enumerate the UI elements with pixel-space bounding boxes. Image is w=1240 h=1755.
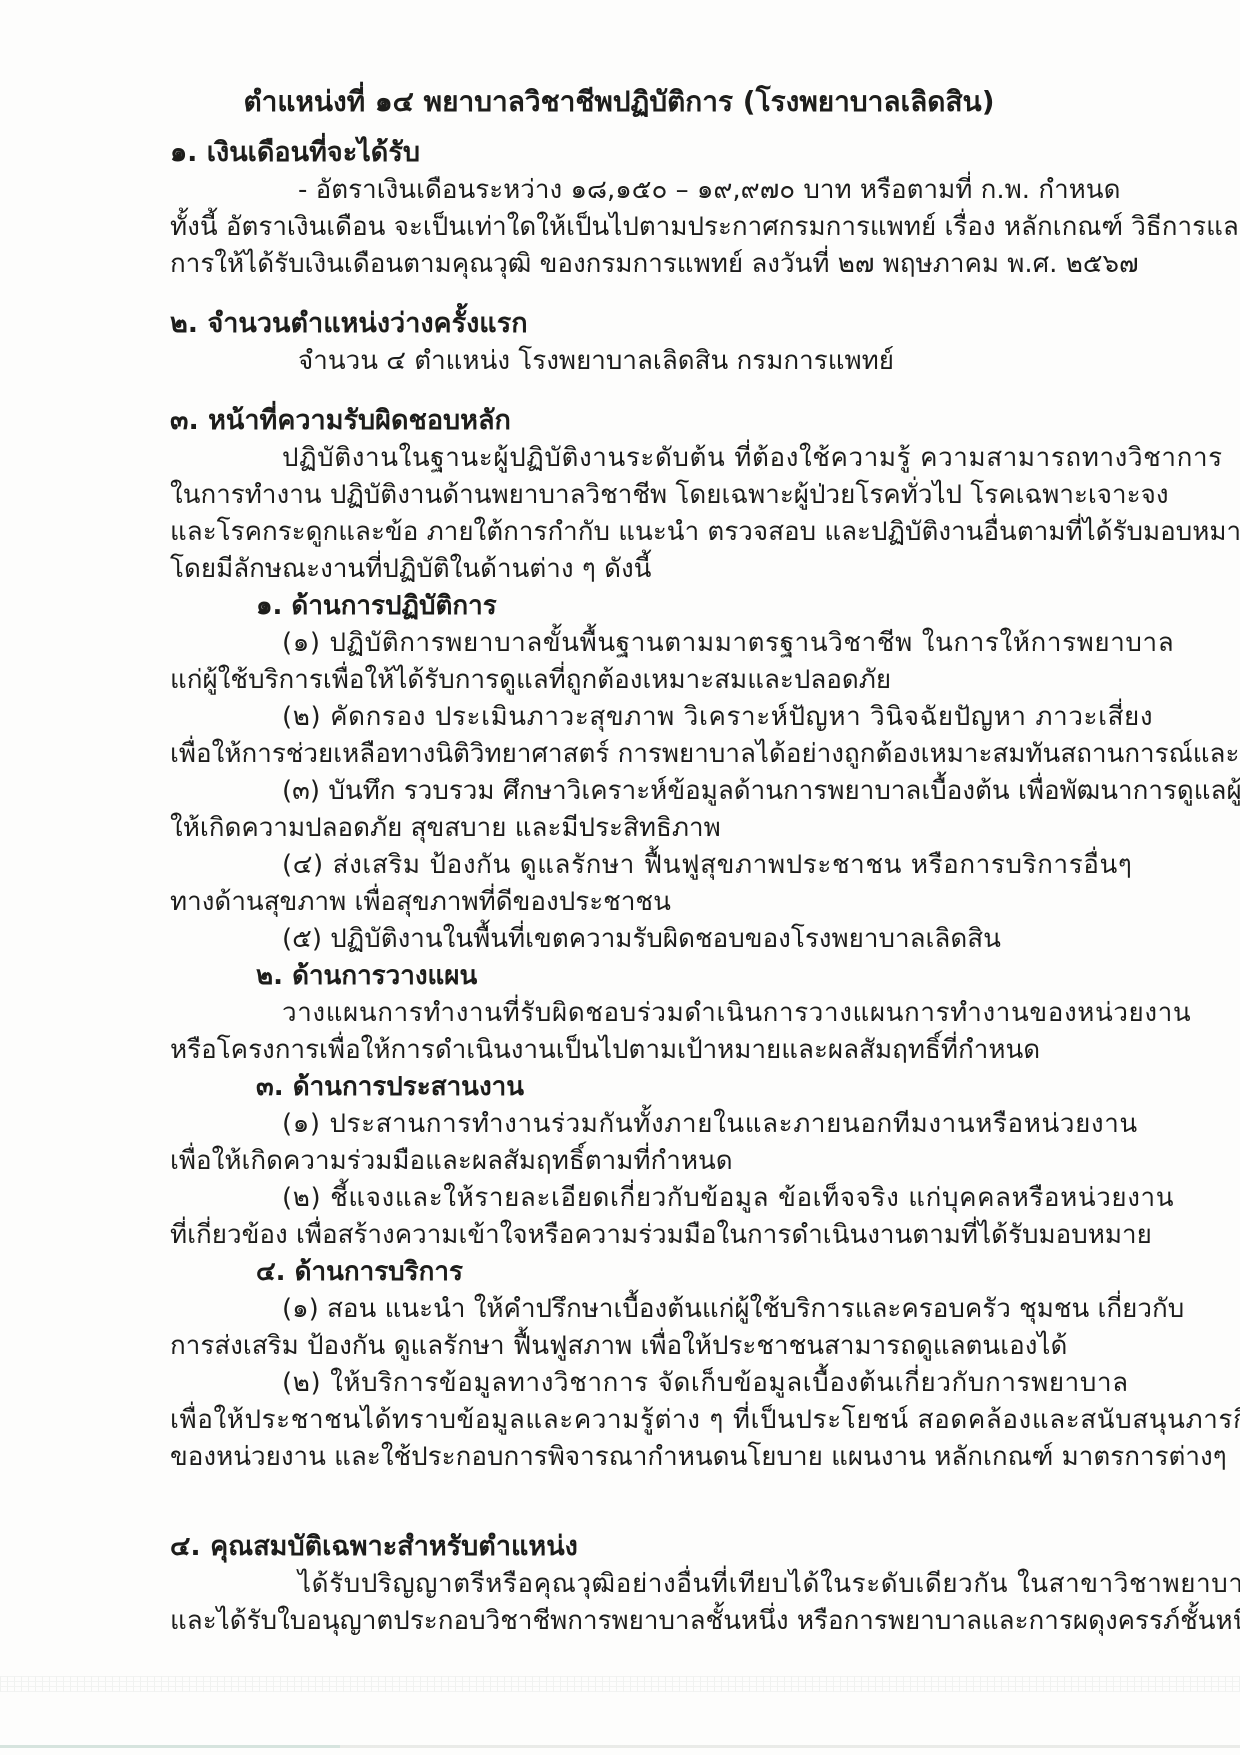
text-line: (๒) คัดกรอง ประเมินภาวะสุขภาพ วิเคราะห์ป… xyxy=(170,699,1128,736)
text-line: (๑) ปฏิบัติการพยาบาลขั้นพื้นฐานตามมาตรฐา… xyxy=(170,625,1128,662)
text-line: ที่เกี่ยวข้อง เพื่อสร้างความเข้าใจหรือคว… xyxy=(170,1217,1128,1254)
text-line: เพื่อให้ประชาชนได้ทราบข้อมูลและความรู้ต่… xyxy=(170,1402,1128,1439)
text-line: แก่ผู้ใช้บริการเพื่อให้ได้รับการดูแลที่ถ… xyxy=(170,662,1128,699)
section-salary: ๑. เงินเดือนที่จะได้รับ - อัตราเงินเดือน… xyxy=(170,134,1128,283)
text-line: และได้รับใบอนุญาตประกอบวิชาชีพการพยาบาลช… xyxy=(170,1603,1128,1640)
text-line: (๕) ปฏิบัติงานในพื้นที่เขตความรับผิดชอบข… xyxy=(170,921,1128,958)
section-qualifications-heading: ๔. คุณสมบัติเฉพาะสำหรับตำแหน่ง xyxy=(170,1528,1128,1566)
text-line: (๒) ให้บริการข้อมูลทางวิชาการ จัดเก็บข้อ… xyxy=(170,1365,1128,1402)
text-line: - อัตราเงินเดือนระหว่าง ๑๘,๑๕๐ – ๑๙,๙๗๐ … xyxy=(170,172,1128,209)
text-line: การส่งเสริม ป้องกัน ดูแลรักษา ฟื้นฟูสภาพ… xyxy=(170,1328,1128,1365)
subsection-planning-heading: ๒. ด้านการวางแผน xyxy=(170,958,1128,995)
section-qualifications: ๔. คุณสมบัติเฉพาะสำหรับตำแหน่ง ได้รับปริ… xyxy=(170,1528,1128,1640)
section-responsibilities: ๓. หน้าที่ความรับผิดชอบหลัก ปฏิบัติงานใน… xyxy=(170,402,1128,1476)
text-line: (๑) สอน แนะนำ ให้คำปรึกษาเบื้องต้นแก่ผู้… xyxy=(170,1291,1128,1328)
text-line: ทั้งนี้ อัตราเงินเดือน จะเป็นเท่าใดให้เป… xyxy=(170,209,1128,246)
subsection-service-heading: ๔. ด้านการบริการ xyxy=(170,1254,1128,1291)
text-line: (๔) ส่งเสริม ป้องกัน ดูแลรักษา ฟื้นฟูสุข… xyxy=(170,847,1128,884)
text-line: ในการทำงาน ปฏิบัติงานด้านพยาบาลวิชาชีพ โ… xyxy=(170,477,1128,514)
text-line: จำนวน ๔ ตำแหน่ง โรงพยาบาลเลิดสิน กรมการแ… xyxy=(170,343,1128,380)
text-line: ทางด้านสุขภาพ เพื่อสุขภาพที่ดีของประชาชน xyxy=(170,884,1128,921)
document-content: ตำแหน่งที่ ๑๔ พยาบาลวิชาชีพปฏิบัติการ (โ… xyxy=(170,82,1128,1640)
document-page: ตำแหน่งที่ ๑๔ พยาบาลวิชาชีพปฏิบัติการ (โ… xyxy=(0,0,1240,1755)
subsection-operations-heading: ๑. ด้านการปฏิบัติการ xyxy=(170,588,1128,625)
text-line: วางแผนการทำงานที่รับผิดชอบร่วมดำเนินการว… xyxy=(170,995,1128,1032)
text-line: ปฏิบัติงานในฐานะผู้ปฏิบัติงานระดับต้น ที… xyxy=(170,440,1128,477)
text-line: เพื่อให้เกิดความร่วมมือและผลสัมฤทธิ์ตามท… xyxy=(170,1143,1128,1180)
text-line: โดยมีลักษณะงานที่ปฏิบัติในด้านต่าง ๆ ดัง… xyxy=(170,551,1128,588)
section-salary-heading: ๑. เงินเดือนที่จะได้รับ xyxy=(170,134,1128,172)
page-title: ตำแหน่งที่ ๑๔ พยาบาลวิชาชีพปฏิบัติการ (โ… xyxy=(170,82,1068,122)
scan-noise-band xyxy=(0,1676,1240,1692)
text-line: (๒) ชี้แจงและให้รายละเอียดเกี่ยวกับข้อมู… xyxy=(170,1180,1128,1217)
section-responsibilities-heading: ๓. หน้าที่ความรับผิดชอบหลัก xyxy=(170,402,1128,440)
text-line: ให้เกิดความปลอดภัย สุขสบาย และมีประสิทธิ… xyxy=(170,810,1128,847)
subsection-coordination-heading: ๓. ด้านการประสานงาน xyxy=(170,1069,1128,1106)
scan-artifact-line xyxy=(0,1745,1240,1748)
section-vacancies-heading: ๒. จำนวนตำแหน่งว่างครั้งแรก xyxy=(170,305,1128,343)
text-line: (๑) ประสานการทำงานร่วมกันทั้งภายในและภาย… xyxy=(170,1106,1128,1143)
text-line: ได้รับปริญญาตรีหรือคุณวุฒิอย่างอื่นที่เท… xyxy=(170,1566,1128,1603)
text-line: เพื่อให้การช่วยเหลือทางนิติวิทยาศาสตร์ ก… xyxy=(170,736,1128,773)
text-line: หรือโครงการเพื่อให้การดำเนินงานเป็นไปตาม… xyxy=(170,1032,1128,1069)
text-line: การให้ได้รับเงินเดือนตามคุณวุฒิ ของกรมกา… xyxy=(170,246,1128,283)
text-line: (๓) บันทึก รวบรวม ศึกษาวิเคราะห์ข้อมูลด้… xyxy=(170,773,1128,810)
text-line: และโรคกระดูกและข้อ ภายใต้การกำกับ แนะนำ … xyxy=(170,514,1128,551)
text-line: ของหน่วยงาน และใช้ประกอบการพิจารณากำหนดน… xyxy=(170,1439,1128,1476)
section-vacancies: ๒. จำนวนตำแหน่งว่างครั้งแรก จำนวน ๔ ตำแห… xyxy=(170,305,1128,380)
